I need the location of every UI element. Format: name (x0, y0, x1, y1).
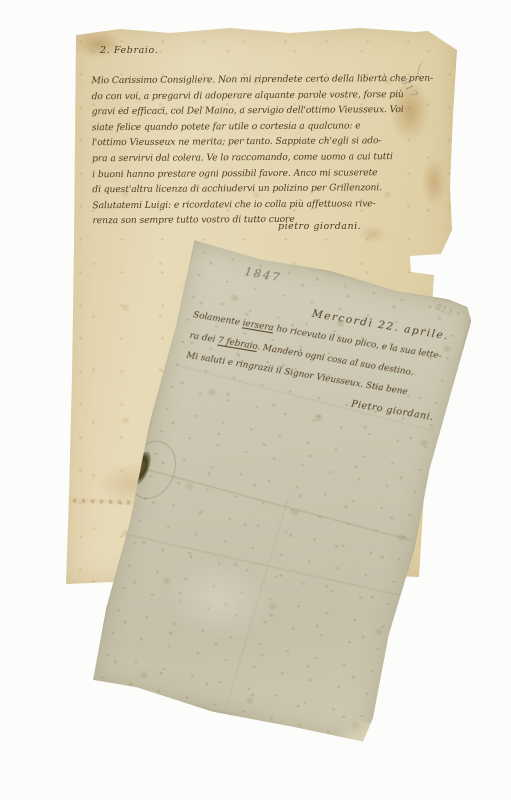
pencil-number-annotation: 813 (434, 302, 454, 318)
photo-background: 2. Febraio. Mio Carissimo Consigliere. N… (0, 0, 511, 800)
letter2-text-segment: ra dei (189, 330, 219, 345)
letter1-text-line: renza son sempre tutto vostro di tutto c… (92, 211, 439, 229)
dog-ear-corner (335, 716, 374, 749)
letter1-body: Mio Carissimo Consigliere. Non mi ripren… (91, 71, 439, 229)
letter1-signature: pietro giordani. (278, 221, 361, 232)
pencil-year-annotation: 1847 (243, 264, 282, 285)
letter2-underlined-word: 7 febraio (217, 335, 258, 351)
letter1-text-line: gravi ed efficaci, col Del Maino, a serv… (92, 102, 439, 120)
letter1-text-line: Mio Carissimo Consigliere. Non mi ripren… (91, 71, 438, 89)
letter1-date-heading: 2. Febraio. (100, 45, 158, 56)
foxing-spot (360, 225, 386, 243)
letter2-text-block: Mercordì 22. aprile. Solamente iersera h… (182, 285, 453, 424)
letter2-underlined-word: iersera (242, 318, 275, 333)
letter2-text-segment: Solamente (192, 310, 243, 328)
letter1-text-line: pra a servirvi dal colera. Ve lo raccoma… (92, 149, 439, 167)
